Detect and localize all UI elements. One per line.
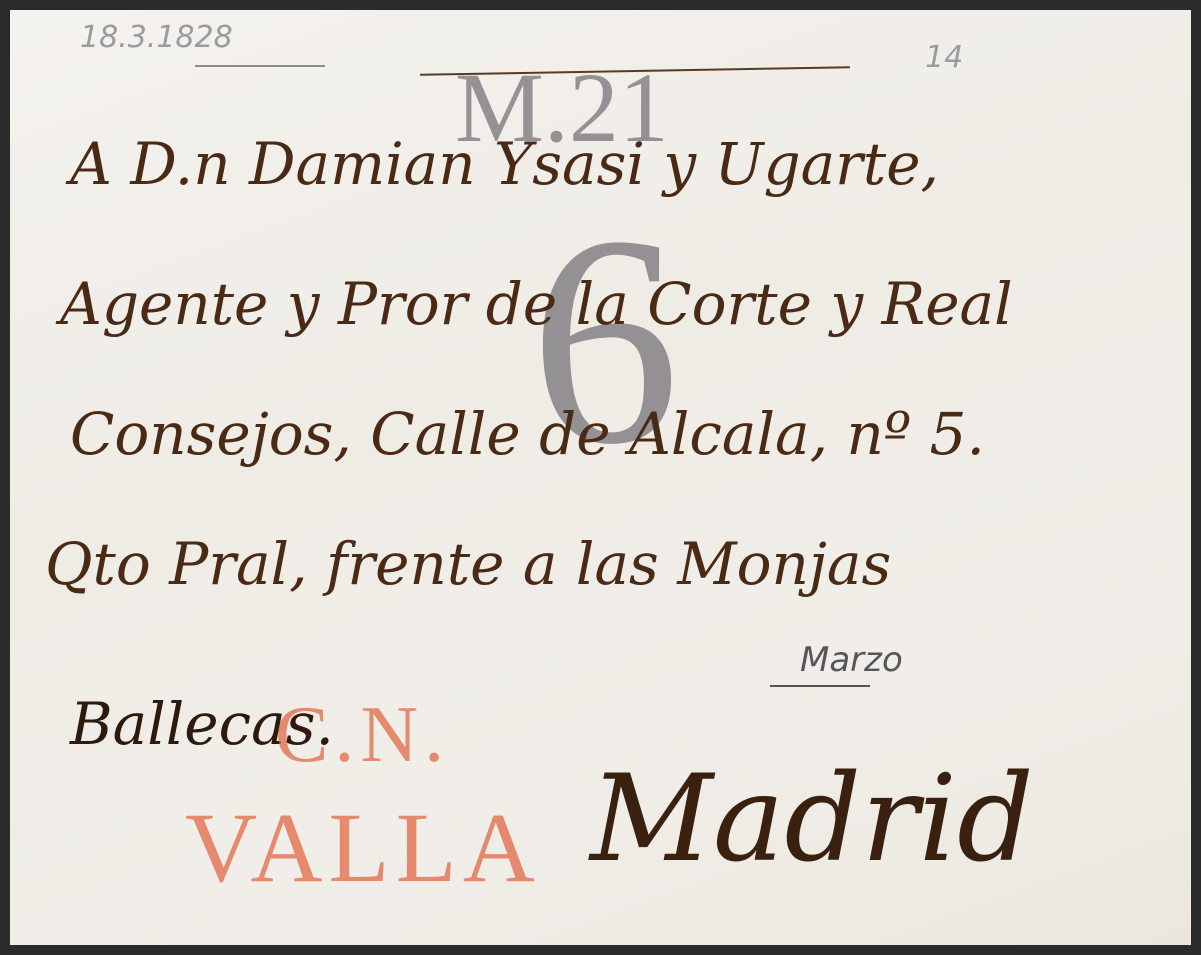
address-line-3: Consejos, Calle de Alcala, nº 5. (70, 400, 985, 468)
address-city: Madrid (590, 750, 1034, 889)
pencil-underline (195, 65, 325, 67)
pencil-number: 14 (925, 40, 963, 75)
red-postmark-line2: VALLA (185, 790, 541, 905)
letter-paper: 18.3.1828 14 M.21 6 A D.n Damian Ysasi y… (10, 10, 1191, 945)
pencil-month: Marzo (800, 640, 903, 680)
red-postmark-line1: C.N. (275, 690, 450, 781)
month-underline (770, 685, 870, 687)
pencil-date: 18.3.1828 (80, 20, 233, 55)
address-line-4: Qto Pral, frente a las Monjas (45, 530, 891, 598)
address-line-1: A D.n Damian Ysasi y Ugarte, (70, 130, 939, 198)
address-line-2: Agente y Pror de la Corte y Real (60, 270, 1013, 338)
